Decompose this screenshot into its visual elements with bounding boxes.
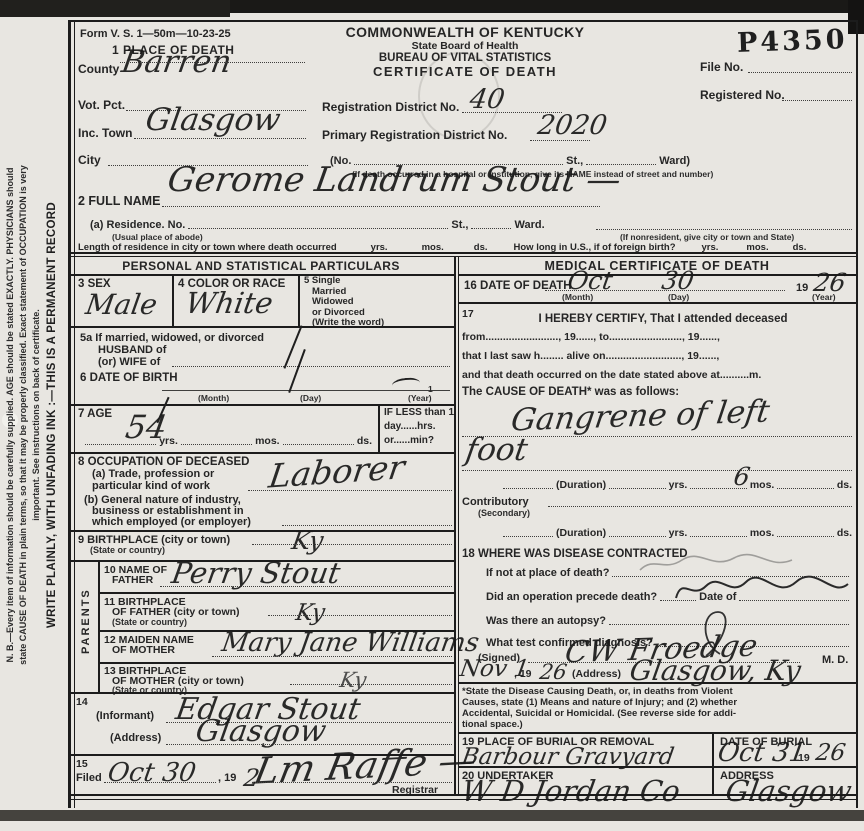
marital-option: 5 Single (304, 276, 384, 287)
rule (68, 274, 454, 276)
footnote-line2: Causes, state (1) Means and nature of In… (462, 697, 854, 708)
duration-yrs-label: yrs. (669, 527, 688, 539)
not-at-place-question: If not at place of death? (486, 567, 609, 579)
rule (458, 732, 856, 734)
duration-label: (Duration) (556, 527, 606, 539)
mother-maiden-label2: OF MOTHER (112, 644, 175, 656)
signed-address-label: (Address) (572, 668, 621, 680)
color-race-value: White (183, 286, 275, 320)
county-label: County (78, 62, 119, 76)
burial-year-value: 26 (814, 740, 847, 766)
secondary-note: (Secondary) (478, 508, 530, 518)
autopsy-row: Was there an autopsy? (486, 612, 852, 627)
duration-row: (Duration) yrs. mos. ds. (500, 476, 852, 491)
rule (458, 766, 856, 768)
dotted-leader (252, 544, 452, 545)
day-caption: (Day) (300, 393, 321, 403)
personal-section-title: PERSONAL AND STATISTICAL PARTICULARS (68, 259, 454, 273)
rule (68, 404, 454, 406)
duration-yrs-label: yrs. (669, 479, 688, 491)
mother-birthplace-value: Ky (338, 668, 368, 692)
dotted-leader (212, 656, 452, 657)
parents-vertical-label: PARENTS (80, 594, 92, 654)
residence-st-label: St., (451, 219, 468, 231)
dotted-leader (545, 290, 785, 291)
birthplace-value: Ky (290, 526, 326, 555)
year-caption: (Year) (408, 393, 432, 403)
marital-option: Widowed (304, 297, 384, 308)
dotted-leader (248, 490, 452, 491)
duration-ds-label: ds. (837, 479, 852, 491)
filed-label: Filed (76, 772, 102, 784)
rule (98, 592, 454, 594)
residence-label: (a) Residence. No. (90, 219, 185, 231)
duration2-row: (Duration) yrs. mos. ds. (500, 524, 852, 539)
footnote-line1: *State the Disease Causing Death, or, in… (462, 686, 854, 697)
attended-from-line: from........................., 19......,… (462, 331, 720, 343)
rule (458, 302, 856, 304)
section-divider (68, 252, 858, 254)
dotted-leader (268, 615, 452, 616)
registered-no-label: Registered No. (700, 88, 785, 102)
file-no-label: File No. (700, 60, 743, 74)
undertaker-address-value: Glasgow (723, 774, 854, 808)
form-border-left (68, 20, 71, 808)
filed-date-value: Oct 30 (106, 758, 198, 788)
father-birthplace-note: (State or country) (112, 617, 187, 627)
informant-address-label: (Address) (110, 732, 161, 744)
form-border-right (856, 20, 858, 808)
duration-ds-label: ds. (837, 527, 852, 539)
death-year-preprint: 19 (796, 282, 808, 294)
age-units-row: yrs. mos. ds. (82, 432, 372, 447)
sex-value: Male (83, 288, 159, 321)
form-border-left-inner (74, 20, 75, 808)
duration-label: (Duration) (556, 479, 606, 491)
bureau-subtitle: BUREAU OF VITAL STATISTICS (320, 52, 610, 64)
margin-write-plainly: WRITE PLAINLY, WITH UNFADING INK :—THIS … (43, 18, 61, 812)
city-label: City (78, 153, 101, 167)
marital-status-options: 5 Single Married Widowed or Divorced (Wr… (304, 276, 384, 329)
registration-district-value: 40 (468, 84, 507, 115)
column-divider-inner (458, 256, 459, 796)
occupation-trade-label2: particular kind of work (92, 480, 210, 492)
voting-precinct-label: Vot. Pct. (78, 98, 125, 112)
primary-district-label: Primary Registration District No. (322, 128, 507, 142)
dotted-leader (609, 488, 665, 489)
dotted-leader (162, 390, 450, 391)
margin-instructions: N. B.—Every item of information should b… (4, 18, 68, 812)
father-name-label2: FATHER (112, 574, 153, 586)
rule (98, 662, 454, 664)
dotted-leader (748, 72, 852, 73)
form-border-top (68, 20, 858, 22)
age-yrs-label: yrs. (159, 435, 178, 447)
undertaker-value: W D Jordan Co (459, 774, 682, 808)
father-name-value: Perry Stout (169, 556, 342, 590)
dotted-leader (530, 140, 590, 141)
dotted-leader (503, 488, 553, 489)
burial-year-preprint: 19 (798, 752, 810, 764)
cause-footnote: *State the Disease Causing Death, or, in… (462, 686, 854, 730)
occupation-trade-label1: (a) Trade, profession or (92, 468, 214, 480)
scan-bottom-strip (0, 810, 864, 821)
inc-town-label: Inc. Town (78, 126, 132, 140)
death-certificate-scan: N. B.—Every item of information should b… (0, 0, 864, 831)
rule (458, 274, 856, 276)
handwritten-slash (288, 349, 306, 393)
margin-note-line1: N. B.—Every item of information should b… (4, 18, 17, 812)
dotted-leader (283, 444, 354, 445)
dotted-leader (777, 488, 833, 489)
cause-of-death-intro: The CAUSE OF DEATH* was as follows: (462, 386, 679, 398)
if-less-line2: day......hrs. (384, 421, 436, 432)
operation-question: Did an operation precede death? (486, 591, 657, 603)
dotted-leader (120, 62, 305, 63)
medical-section-title: MEDICAL CERTIFICATE OF DEATH (458, 259, 856, 273)
commonwealth-title: COMMONWEALTH OF KENTUCKY (320, 24, 610, 40)
dotted-leader (777, 536, 833, 537)
dotted-leader (172, 366, 450, 367)
duration-mos-label: mos. (750, 479, 775, 491)
death-year-caption: (Year) (812, 292, 836, 302)
last-saw-line: that I last saw h........ alive on......… (462, 350, 719, 362)
death-month-caption: (Month) (562, 292, 593, 302)
parents-divider (98, 560, 100, 692)
illegible-scrawl (672, 572, 852, 602)
dotted-leader (252, 782, 452, 783)
informant-label: (Informant) (96, 710, 154, 722)
birthplace-state-note: (State or country) (90, 545, 165, 555)
dotted-leader (596, 229, 852, 230)
filed-year-preprint: , 19 (218, 772, 236, 784)
inc-town-value: Glasgow (143, 102, 283, 138)
contributory-label: Contributory (462, 496, 529, 508)
age-mos-label: mos. (255, 435, 280, 447)
residence-ward-label: Ward. (514, 219, 544, 231)
dotted-leader (462, 470, 852, 471)
certificate-number-stamp: P4350 (736, 24, 847, 59)
death-occurred-line: and that death occurred on the date stat… (462, 369, 761, 381)
registration-district-label: Registration District No. (322, 100, 459, 114)
form-number: Form V. S. 1—50m—10-23-25 (80, 28, 231, 40)
mother-maiden-value: Mary Jane Williams (220, 628, 482, 658)
signed-year-value: 26 (538, 660, 569, 684)
full-name-label: 2 FULL NAME (78, 194, 160, 208)
cell-divider (172, 275, 174, 326)
age-ds-label: ds. (357, 435, 372, 447)
ward-label: Ward) (659, 155, 690, 167)
rule (458, 682, 856, 684)
scan-top-bar-left (0, 0, 230, 17)
footnote-line4: tional space.) (462, 719, 854, 730)
age-label: 7 AGE (78, 408, 112, 420)
certify-statement: I HEREBY CERTIFY, That I attended deceas… (470, 313, 856, 325)
dotted-leader (609, 536, 665, 537)
certificate-title: CERTIFICATE OF DEATH (320, 64, 610, 79)
dotted-leader (471, 228, 511, 229)
rule (68, 326, 454, 328)
dotted-leader (188, 228, 448, 229)
md-label: M. D. (822, 654, 848, 666)
dotted-leader (85, 444, 156, 445)
burial-cell-divider (712, 732, 714, 794)
rule (68, 530, 454, 532)
cell-divider (298, 275, 300, 326)
if-less-line1: IF LESS than 1 (384, 407, 454, 418)
wife-of-label: (or) WIFE of (98, 356, 160, 368)
dotted-leader (290, 684, 452, 685)
dotted-leader (181, 444, 252, 445)
dotted-leader (160, 586, 452, 587)
occupation-label: 8 OCCUPATION OF DECEASED (78, 456, 249, 468)
dotted-leader (548, 506, 852, 507)
father-birthplace-value: Ky (294, 600, 327, 626)
dotted-leader (134, 138, 306, 139)
dotted-leader (104, 782, 216, 783)
informant-number: 14 (76, 696, 88, 708)
dotted-leader (782, 100, 852, 101)
autopsy-question: Was there an autopsy? (486, 615, 606, 627)
cause-of-death-line1: Gangrene of left (509, 394, 772, 439)
death-day-caption: (Day) (668, 292, 689, 302)
married-note-label: 5a If married, widowed, or divorced (80, 332, 264, 344)
section-divider-inner (68, 256, 858, 257)
occupation-industry-label3: which employed (or employer) (92, 516, 251, 528)
footnote-line3: Accidental, Suicidal or Homicidal. (See … (462, 708, 854, 719)
occupation-value: Laborer (266, 447, 407, 495)
cell-divider (378, 404, 380, 452)
full-name-value: Gerome Landrum Stout — (165, 160, 624, 200)
husband-of-label: HUSBAND of (98, 344, 166, 356)
column-divider (454, 256, 456, 796)
if-less-line3: or......min? (384, 435, 434, 446)
filed-number: 15 (76, 758, 88, 770)
primary-district-value: 2020 (536, 110, 610, 141)
dotted-leader (690, 536, 746, 537)
date-of-birth-label: 6 DATE OF BIRTH (80, 372, 178, 384)
dotted-leader (503, 536, 553, 537)
duration-mos-label: mos. (750, 527, 775, 539)
agency-header: COMMONWEALTH OF KENTUCKY State Board of … (320, 24, 610, 79)
signed-year-preprint: , 19 (514, 668, 532, 680)
margin-note-line2: state CAUSE OF DEATH in plain terms, so … (17, 18, 30, 812)
date-of-burial-value: Oct 31 (716, 738, 808, 768)
board-subtitle: State Board of Health (320, 40, 610, 52)
cause-of-death-line2: foot (463, 432, 530, 468)
margin-note-line3: important. See instructions on back of c… (30, 18, 43, 812)
month-caption: (Month) (198, 393, 229, 403)
dotted-leader (162, 206, 600, 207)
